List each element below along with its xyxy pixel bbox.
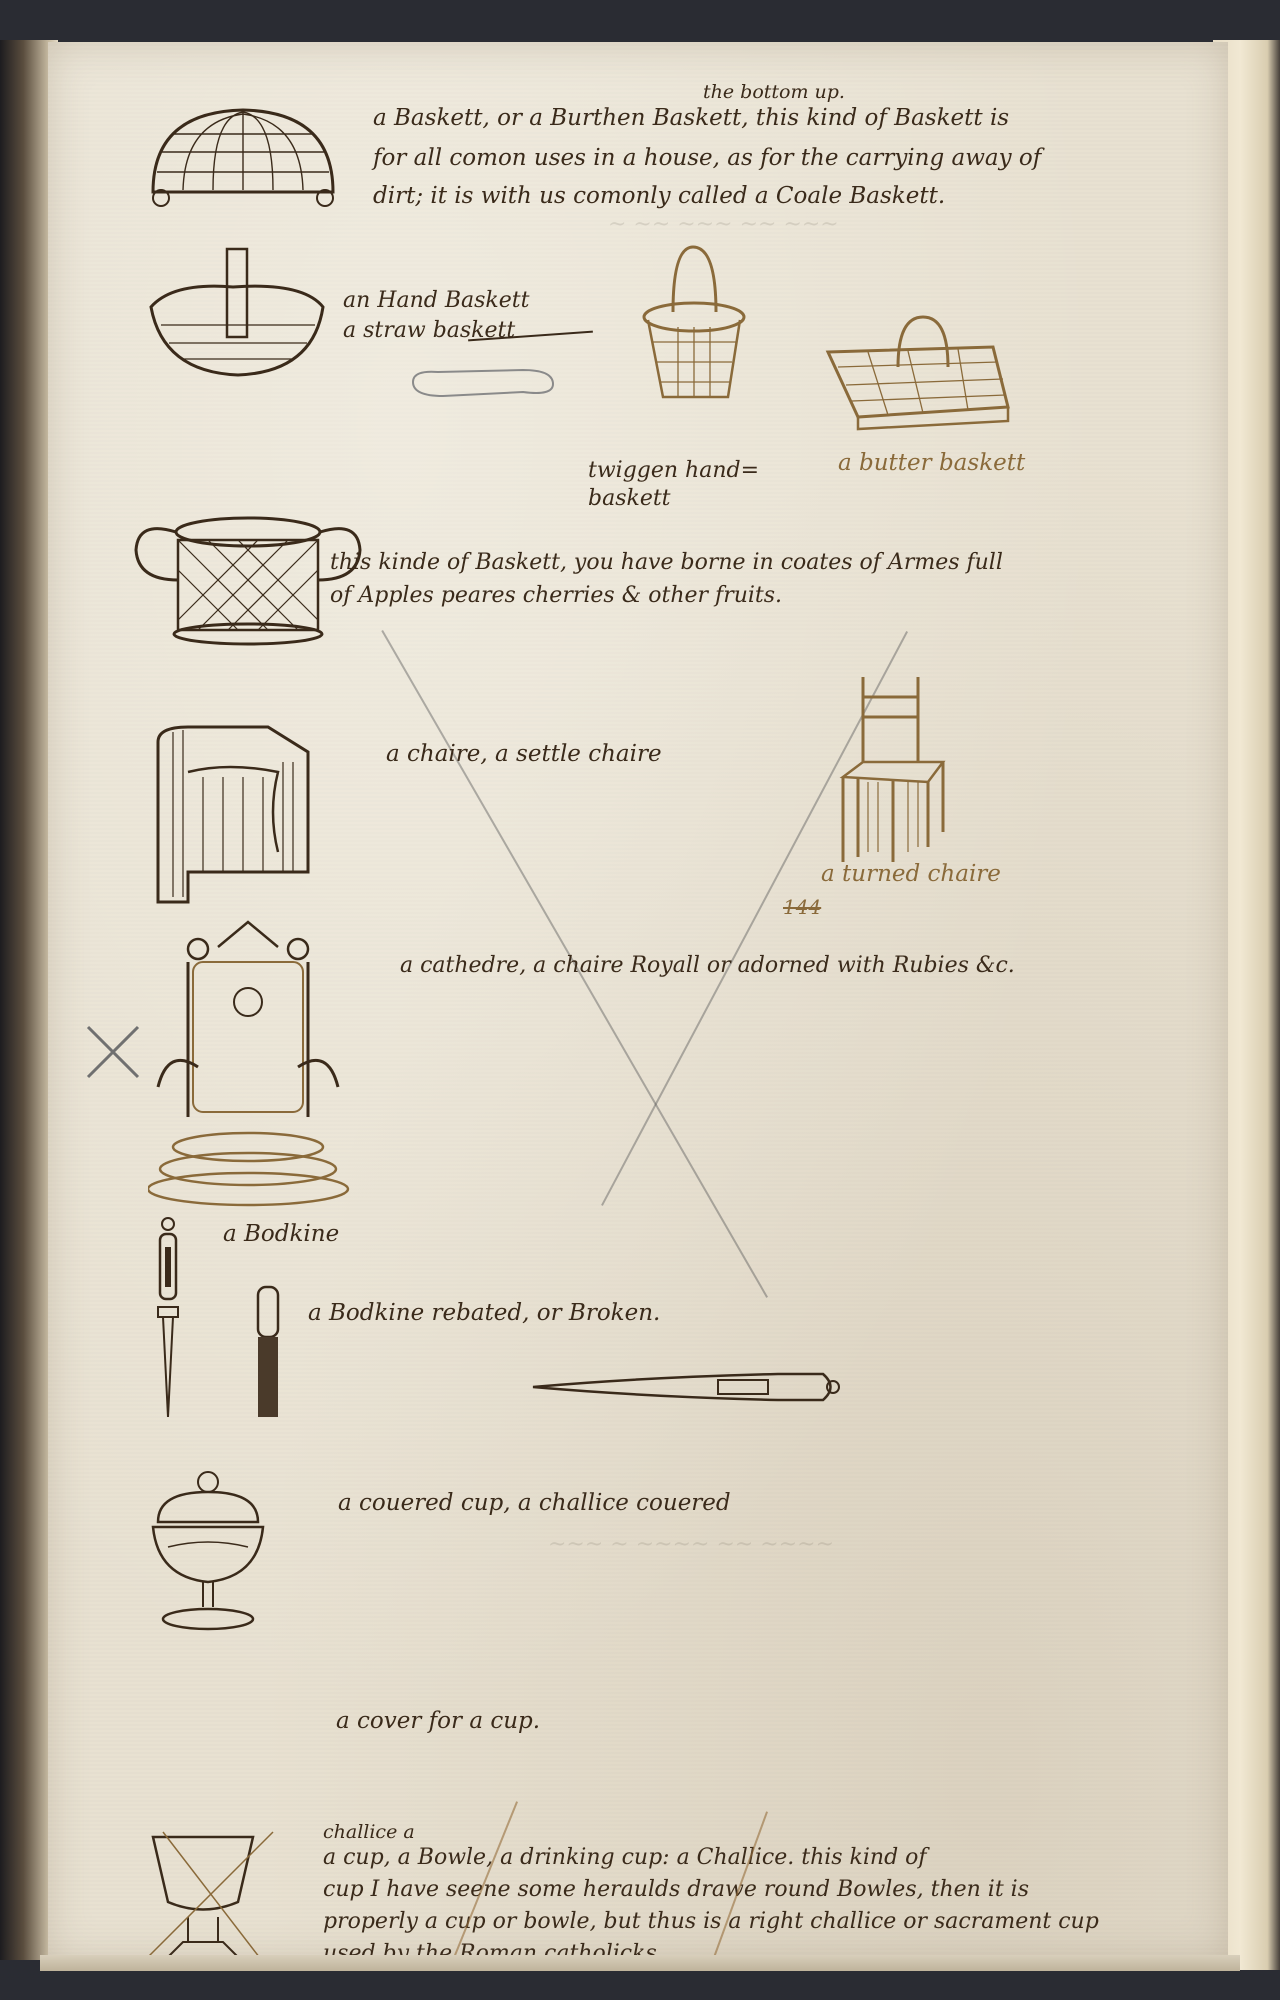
butter-basket-icon: [818, 307, 1018, 442]
covered-cup-icon: [143, 1467, 273, 1637]
bleed-through-text: ~ ~~ ~~~ ~~ ~~~: [608, 212, 839, 237]
entry-text: a chaire, a settle chaire: [386, 740, 662, 770]
entry-text: a turned chaire: [821, 860, 1001, 890]
settle-chair-icon: [148, 722, 313, 907]
entry-text: a butter baskett: [838, 449, 1025, 479]
entry-text: a straw baskett: [343, 317, 515, 346]
pencil-x-mark-icon: [78, 1017, 148, 1087]
entry-text: an Hand Baskett: [343, 287, 529, 316]
entry-text: cup I have seene some heraulds drawe rou…: [323, 1876, 1029, 1905]
entry-text: baskett: [588, 485, 671, 514]
coal-basket-icon: [143, 102, 343, 212]
entry-text: a cathedre, a chaire Royall or adorned w…: [400, 952, 1015, 981]
entry-text: for all comon uses in a house, as for th…: [373, 144, 1041, 174]
entry-text: this kinde of Baskett, you have borne in…: [330, 549, 1003, 578]
entry-text: a cup, a Bowle, a drinking cup: a Challi…: [323, 1844, 927, 1873]
bodkin-broken-icon: [248, 1282, 288, 1422]
bleed-through-text: ~~~ ~ ~~~~ ~~ ~~~~: [548, 1532, 834, 1557]
entry-text: a Baskett, or a Burthen Baskett, this ki…: [373, 104, 1009, 134]
pencil-sketch-icon: [403, 362, 563, 402]
hand-basket-icon: [143, 247, 328, 377]
entry-text: a cover for a cup.: [336, 1707, 540, 1737]
bodkin-icon: [143, 1212, 193, 1422]
page-number: 144: [783, 894, 821, 920]
turned-chair-icon: [823, 672, 973, 872]
entry-text: twiggen hand=: [588, 457, 759, 486]
insertion-text: the bottom up.: [703, 80, 845, 105]
manuscript-page: ~ ~~ ~~~ ~~ ~~~ ~~~ ~ ~~~~ ~~ ~~~~ the b…: [48, 42, 1228, 1962]
fruit-basket-icon: [128, 510, 368, 650]
entry-text: of Apples peares cherries & other fruits…: [330, 582, 782, 611]
knife-case-icon: [528, 1362, 848, 1412]
chalice-icon: [133, 1822, 283, 1972]
twiggen-basket-icon: [638, 242, 748, 412]
insertion-text: challice a: [323, 1820, 415, 1845]
entry-text: dirt; it is with us comonly called a Coa…: [373, 182, 945, 212]
entry-text: a couered cup, a challice couered: [338, 1489, 731, 1519]
cathedra-icon: [148, 917, 378, 1207]
entry-text: properly a cup or bowle, but thus is a r…: [323, 1908, 1099, 1937]
entry-text: a Bodkine rebated, or Broken.: [308, 1299, 660, 1329]
page-bottom-edge: [40, 1955, 1240, 1971]
entry-text: a Bodkine: [223, 1220, 339, 1250]
